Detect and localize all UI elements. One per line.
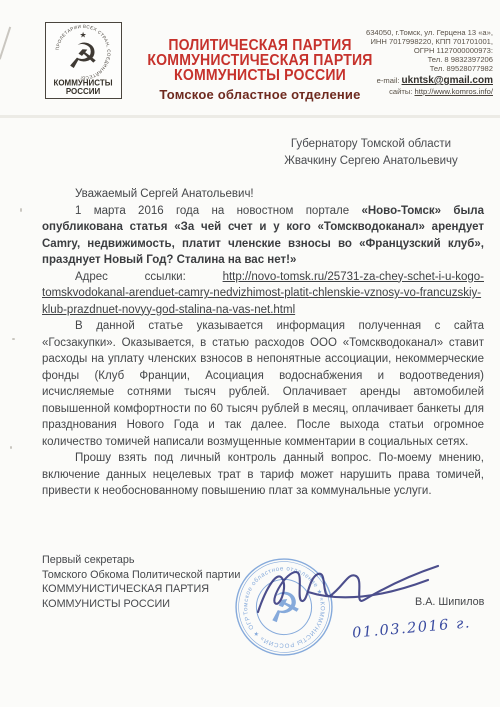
contact-address: 634050, г.Томск, ул. Герцена 13 «а», (313, 28, 493, 37)
body-paragraph-3: Прошу взять под личный контроль данный в… (42, 450, 484, 500)
party-emblem-graphic: ПРОЛЕТАРИИ ВСЕХ СТРАН, СОЕДИНЯЙТЕСЬ! ★ ☭… (46, 23, 121, 98)
greeting: Уважаемый Сергей Анатольевич! (42, 186, 484, 203)
p1-regular-segment: 1 марта 2016 года на новостном портале (75, 205, 361, 217)
email-link[interactable]: ukntsk@gmail.com (402, 75, 493, 86)
scan-scratch (0, 27, 11, 60)
signer-position-line-2: Томского Обкома Политической партии (42, 568, 240, 583)
link-label: Адрес ссылки: (75, 271, 223, 283)
emblem-caption-2: РОССИИ (66, 87, 101, 96)
party-emblem: ПРОЛЕТАРИИ ВСЕХ СТРАН, СОЕДИНЯЙТЕСЬ! ★ ☭… (45, 22, 122, 99)
body-paragraph-2: В данной статье указывается информация п… (42, 318, 484, 450)
sites-label: сайты: (389, 87, 414, 96)
signer-position-block: Первый секретарь Томского Обкома Политич… (42, 553, 240, 611)
addressee-line-2: Жвачкину Сергею Анатольевичу (253, 153, 489, 170)
contact-site-line: сайты: http://www.komros.info/ (313, 87, 493, 96)
scan-speck (12, 338, 15, 340)
addressee-block: Губернатору Томской области Жвачкину Сер… (253, 136, 489, 169)
addressee-line-1: Губернатору Томской области (253, 136, 489, 153)
email-label: e-mail: (377, 76, 402, 85)
signer-position-line-4: КОММУНИСТЫ РОССИИ (42, 597, 240, 612)
contact-block: 634050, г.Томск, ул. Герцена 13 «а», ИНН… (313, 28, 493, 96)
scan-speck (20, 208, 22, 212)
contact-phone-1: Тел. 8 9832397206 (313, 55, 493, 64)
contact-ogrn: ОГРН 1127000000973: (313, 46, 493, 55)
signer-position-line-1: Первый секретарь (42, 553, 240, 568)
hammer-and-sickle-icon: ☭ (67, 37, 98, 76)
link-paragraph: Адрес ссылки: http://novo-tomsk.ru/25731… (42, 269, 484, 319)
letter-body: Уважаемый Сергей Анатольевич! 1 марта 20… (42, 186, 484, 500)
body-paragraph-1: 1 марта 2016 года на новостном портале «… (42, 203, 484, 269)
signer-position-line-3: КОММУНИСТИЧЕСКАЯ ПАРТИЯ (42, 582, 240, 597)
letter-page: ПРОЛЕТАРИИ ВСЕХ СТРАН, СОЕДИНЯЙТЕСЬ! ★ ☭… (0, 0, 500, 707)
contact-phone-2: Тел. 89528077982 (313, 64, 493, 73)
site-link[interactable]: http://www.komros.info/ (415, 87, 494, 96)
scan-fold-line (0, 115, 500, 118)
scan-speck (10, 446, 12, 449)
emblem-caption-1: КОММУНИСТЫ (54, 78, 113, 87)
contact-inn-kpp: ИНН 7017998220, КПП 701701001, (313, 37, 493, 46)
contact-email-line: e-mail: ukntsk@gmail.com (313, 76, 493, 85)
